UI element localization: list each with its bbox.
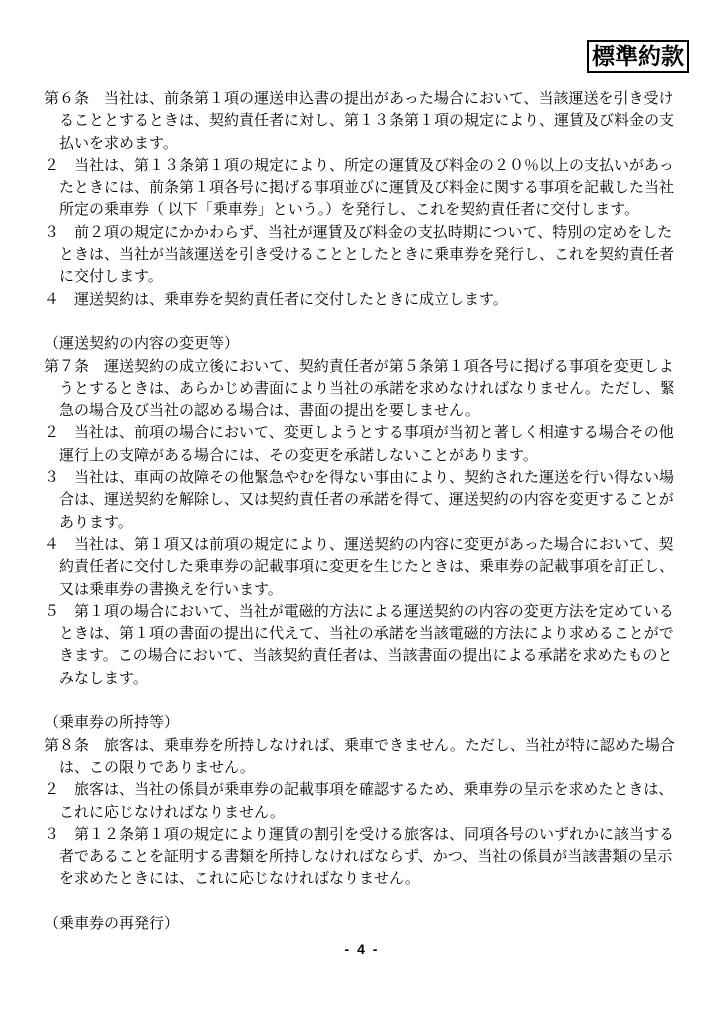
clause-paragraph: ３ 当社は、車両の故障その他緊急やむを得ない事由により、契約された運送を行い得な… xyxy=(44,467,696,534)
clause-paragraph: ３ 第１２条第１項の規定により運賃の割引を受ける旅客は、同項各号のいずれかに該当… xyxy=(44,824,696,891)
clause-paragraph: 第８条 旅客は、乗車券を所持しなければ、乗車できません。ただし、当社が特に認めた… xyxy=(44,735,696,780)
document-page: 標準約款 第６条 当社は、前条第１項の運送申込書の提出があった場合において、当該… xyxy=(0,0,724,1024)
clause-paragraph: ２ 当社は、第１３条第１項の規定により、所定の運賃及び料金の２０％以上の支払いが… xyxy=(44,155,696,222)
document-body: 第６条 当社は、前条第１項の運送申込書の提出があった場合において、当該運送を引き… xyxy=(44,88,696,935)
clause-paragraph: ４ 運送契約は、乗車券を契約責任者に交付したときに成立します。 xyxy=(44,289,696,311)
blank-line xyxy=(44,690,696,712)
clause-paragraph: 第７条 運送契約の成立後において、契約責任者が第５条第１項各号に掲げる事項を変更… xyxy=(44,356,696,423)
clause-paragraph: ３ 前２項の規定にかかわらず、当社が運賃及び料金の支払時期について、特別の定めを… xyxy=(44,222,696,289)
clause-paragraph: ２ 旅客は、当社の係員が乗車券の記載事項を確認するため、乗車券の呈示を求めたとき… xyxy=(44,779,696,824)
clause-paragraph: 第６条 当社は、前条第１項の運送申込書の提出があった場合において、当該運送を引き… xyxy=(44,88,696,155)
title-badge: 標準約款 xyxy=(587,40,689,73)
blank-line xyxy=(44,311,696,333)
section-heading: （運送契約の内容の変更等） xyxy=(44,333,696,355)
section-heading: （乗車券の再発行） xyxy=(44,913,696,935)
blank-line xyxy=(44,891,696,913)
section-heading: （乗車券の所持等） xyxy=(44,712,696,734)
clause-paragraph: ４ 当社は、第１項又は前項の規定により、運送契約の内容に変更があった場合において… xyxy=(44,534,696,601)
clause-paragraph: ２ 当社は、前項の場合において、変更しようとする事項が当初と著しく相違する場合そ… xyxy=(44,422,696,467)
page-number: - 4 - xyxy=(0,941,724,957)
clause-paragraph: ５ 第１項の場合において、当社が電磁的方法による運送契約の内容の変更方法を定めて… xyxy=(44,601,696,690)
